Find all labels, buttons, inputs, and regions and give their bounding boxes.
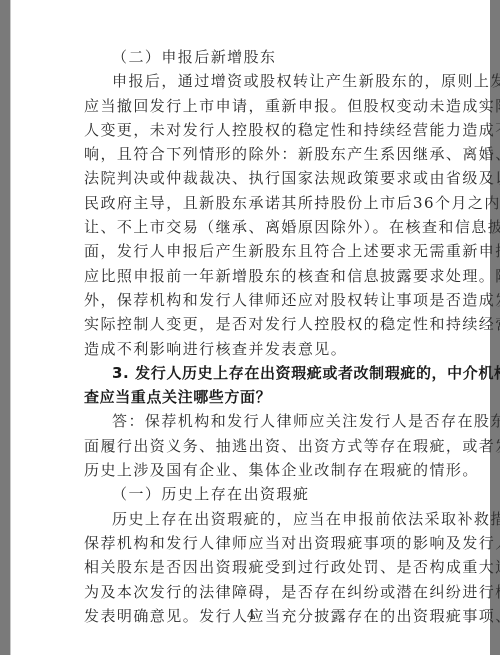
paragraph-line: 让、不上市交易（继承、离婚原因除外）。在核查和信息披露方 xyxy=(84,215,420,239)
paragraph-line: 实际控制人变更，是否对发行人控股权的稳定性和持续经营能力 xyxy=(84,312,420,336)
question-heading: 查应当重点关注哪些方面？ xyxy=(84,385,420,409)
answer-line: 答：保荐机构和发行人律师应关注发行人是否存在股东未全 xyxy=(84,409,420,433)
answer-line: 历史上涉及国有企业、集体企业改制存在瑕疵的情形。 xyxy=(84,458,420,482)
document-body: （二）申报后新增股东 申报后，通过增资或股权转让产生新股东的，原则上发行人 应当… xyxy=(84,45,420,628)
paragraph-line: 人变更，未对发行人控股权的稳定性和持续经营能力造成不利影 xyxy=(84,118,420,142)
paragraph-line: 保荐机构和发行人律师应当对出资瑕疵事项的影响及发行人或 xyxy=(84,531,420,555)
paragraph-line: 为及本次发行的法律障碍，是否存在纠纷或潜在纠纷进行核查并 xyxy=(84,580,420,604)
paragraph-line: 应当撤回发行上市申请，重新申报。但股权变动未造成实际控制 xyxy=(84,94,420,118)
paragraph-line: 相关股东是否因出资瑕疵受到过行政处罚、是否构成重大违法行 xyxy=(84,555,420,579)
answer-line: 面履行出资义务、抽逃出资、出资方式等存在瑕疵，或者发行人 xyxy=(84,434,420,458)
document-page: （二）申报后新增股东 申报后，通过增资或股权转让产生新股东的，原则上发行人 应当… xyxy=(10,0,490,655)
paragraph-line: 响，且符合下列情形的除外：新股东产生系因继承、离婚、执行 xyxy=(84,142,420,166)
paragraph-line: 造成不利影响进行核查并发表意见。 xyxy=(84,337,420,361)
section-heading-new-shareholders: （二）申报后新增股东 xyxy=(84,45,420,69)
paragraph-line: 面，发行人申报后产生新股东且符合上述要求无需重新申报的， xyxy=(84,239,420,263)
question-heading: 3. 发行人历史上存在出资瑕疵或者改制瑕疵的，中介机构核 xyxy=(84,361,420,385)
paragraph-line: 申报后，通过增资或股权转让产生新股东的，原则上发行人 xyxy=(84,69,420,93)
paragraph-line: 民政府主导，且新股东承诺其所持股份上市后36个月之内不转 xyxy=(84,191,420,215)
paragraph-line: 法院判决或仲裁裁决、执行国家法规政策要求或由省级及以上人 xyxy=(84,166,420,190)
paragraph-line: 历史上存在出资瑕疵的，应当在申报前依法采取补救措施。 xyxy=(84,507,420,531)
page-number: 4 xyxy=(11,608,491,623)
subsection-heading-capital-defects: （一）历史上存在出资瑕疵 xyxy=(84,482,420,506)
paragraph-line: 外，保荐机构和发行人律师还应对股权转让事项是否造成发行人 xyxy=(84,288,420,312)
paragraph-line: 应比照申报前一年新增股东的核查和信息披露要求处理。除此之 xyxy=(84,264,420,288)
